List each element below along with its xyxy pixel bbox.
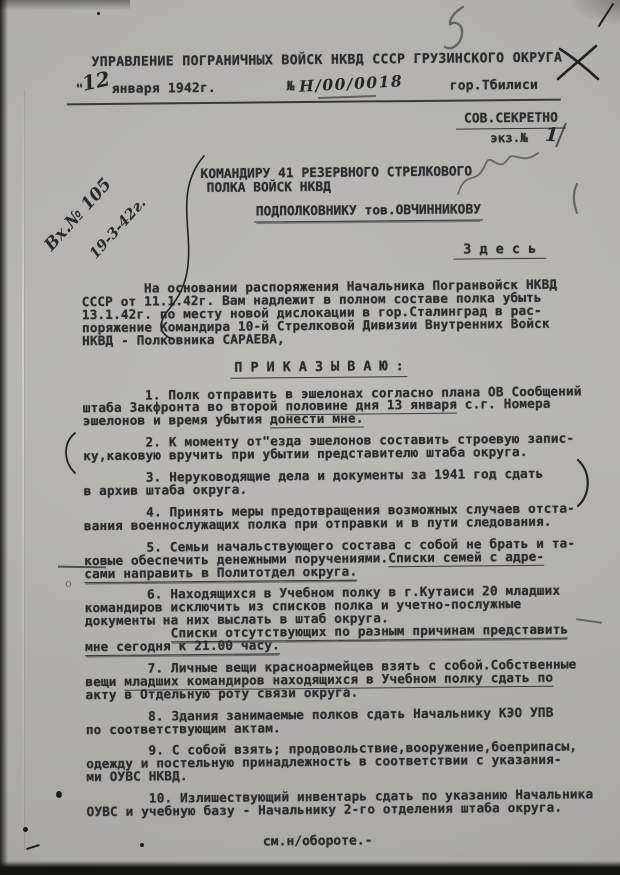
- hand-underlined-text: Списки семей с адре-: [388, 549, 544, 566]
- addressee-name: ПОДПОЛКОВНИКУ тов.ОВЧИННИКОВУ: [254, 202, 483, 222]
- pencil-dot-mark: о: [65, 577, 72, 590]
- typed-line: ОУВС и учебную базу - Начальнику 2-го от…: [87, 802, 592, 820]
- pencil-tick-icon: [568, 182, 582, 216]
- addressee-line-1: КОМАНДИРУ 41 РЕЗЕРВНОГО СТРЕЛКОВОГО: [200, 164, 472, 182]
- typed-text: эшелонов и время убытия: [83, 413, 270, 430]
- typed-line: сами направить в Политотдел округа.: [84, 564, 589, 582]
- hand-paren-close-icon: [574, 458, 594, 508]
- typed-text: по соответствующим актам.: [86, 721, 281, 738]
- hand-underlined-text: донести мне.: [270, 412, 364, 429]
- typed-text: с.г. Номера: [457, 397, 551, 413]
- pencil-scribble-icon: [452, 146, 544, 204]
- org-title: УПРАВЛЕНИЕ ПОГРАНИЧНЫХ ВОЙСК НКВД СССР Г…: [91, 51, 562, 71]
- header-rule: [67, 99, 561, 106]
- typed-line: в архив штаба округа.: [84, 481, 589, 499]
- hand-paren-open-icon: [60, 431, 78, 475]
- order-item: 10. Излишествующий инвентарь сдать по ук…: [86, 790, 591, 821]
- typed-line: вания военнослужащих полка при отправки …: [84, 516, 589, 534]
- typed-line: ку,каковую вручить при убытии представит…: [83, 447, 588, 465]
- hand-brace-curve-icon: [146, 150, 216, 345]
- order-item: 7. Личные вещи красноармейцев взять с со…: [85, 659, 590, 703]
- order-item: 3. Неруководящие дела и документы за 194…: [83, 468, 588, 499]
- hand-underlined-text: сами направить в Политотдел округа.: [84, 564, 357, 583]
- corner-tick-icon: [596, 2, 616, 28]
- scan-edge-bottom: [0, 861, 620, 875]
- see-overleaf-note: см.н/обороте.-: [263, 833, 373, 849]
- order-heading: П Р И К А З Ы В А Ю :: [230, 359, 407, 379]
- order-item: 5. Семьи начальствующего состава с собой…: [84, 538, 589, 582]
- typed-text: в архив штаба округа.: [83, 483, 247, 500]
- typed-line: ми ОУВС НКВД.: [86, 768, 591, 786]
- here-label: З д е с ь: [453, 241, 546, 258]
- typed-text: вания военнослужащих полка при отправки …: [84, 514, 552, 533]
- order-item: 9. С собой взять; продовольствие,вооруже…: [86, 742, 591, 786]
- hand-five-mark-icon: [437, 3, 473, 55]
- typed-text: ми ОУВС НКВД.: [86, 769, 187, 785]
- document-scan: УПРАВЛЕНИЕ ПОГРАНИЧНЫХ ВОЙСК НКВД СССР Г…: [0, 0, 620, 875]
- addressee-line-3: ПОДПОЛКОВНИКУ тов.ОВЧИННИКОВУ: [254, 202, 483, 219]
- order-body: На основании распоряжения Начальника Пог…: [82, 279, 592, 829]
- date-typed: января 1942г.: [112, 81, 216, 97]
- copy-number-label: экз.№: [490, 130, 528, 145]
- here-text: З д е с ь: [453, 241, 546, 260]
- city-label: гор.Тбилиси: [450, 78, 538, 94]
- typed-line: эшелонов и время убытия донести мне.: [83, 412, 588, 430]
- hand-x-cross-icon: [556, 42, 602, 84]
- order-item: 6. Находящихся в Учебном полку в г.Кутаи…: [85, 586, 591, 655]
- typed-text-layer: УПРАВЛЕНИЕ ПОГРАНИЧНЫХ ВОЙСК НКВД СССР Г…: [0, 0, 620, 875]
- typed-text: акту в Отдельную роту связи округа.: [85, 685, 358, 703]
- typed-line: акту в Отдельную роту связи округа.: [85, 685, 590, 703]
- order-items: 1. Полк отправить в эшелонах согласно пл…: [83, 386, 592, 820]
- addressee-line-2: ПОЛКА ВОЙСК НКВД: [207, 180, 331, 196]
- typed-text: ку,каковую вручить при убытии представит…: [83, 445, 528, 464]
- order-item: 4. Принять меры предотвращения возможных…: [84, 503, 589, 534]
- order-item: 2. К моменту от"езда эшелонов составить …: [83, 434, 588, 465]
- hand-underlined-text: мне сегодня к 21.00 часу.: [85, 638, 280, 656]
- order-item: 1. Полк отправить в эшелонах согласно пл…: [83, 386, 588, 430]
- number-sign: №: [287, 79, 295, 94]
- order-item: 8. Здания занимаемые полков сдать Началь…: [86, 707, 591, 738]
- typed-text: ОУВС и учебную базу - Начальнику 2-го от…: [87, 801, 563, 821]
